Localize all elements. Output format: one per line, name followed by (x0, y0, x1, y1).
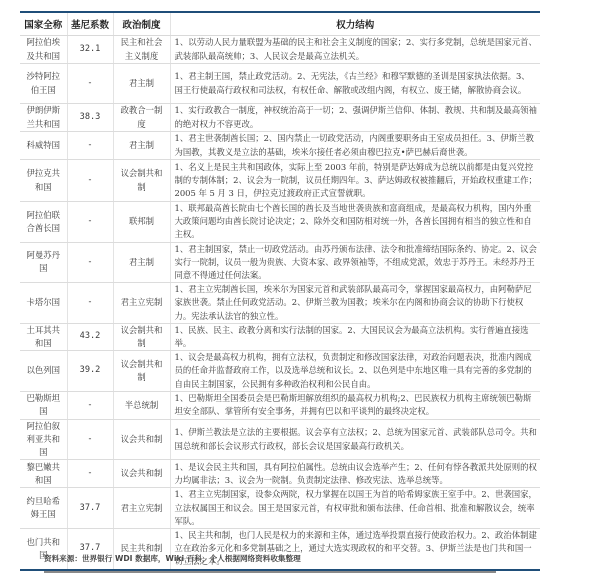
table-row: 黎巴嫩共和国-议会共和制1、是议会民主共和国，具有阿拉伯属性。总统由议会选举产生… (20, 460, 540, 488)
country-cell: 土耳其共和国 (20, 323, 67, 350)
gini-cell: - (67, 160, 113, 202)
gini-cell: - (67, 391, 113, 419)
system-cell: 君主立宪制 (113, 488, 170, 529)
table-row: 土耳其共和国43.2议会制共和制1、民族、民主、政教分离和实行法制的国家。2、大… (20, 323, 540, 350)
system-cell: 议会制共和制 (113, 351, 170, 392)
system-cell: 议会制共和制 (113, 323, 170, 350)
header-gini: 基尼系数 (67, 12, 113, 36)
table-row: 沙特阿拉伯王国-君主制1、君主制王国，禁止政党活动。2、无宪法，《古兰经》和穆罕… (20, 64, 540, 104)
table-row: 约旦哈希姆王国37.7君主立宪制1、君主立宪制国家，设参众两院，权力掌握在以国王… (20, 488, 540, 529)
gini-cell: - (67, 242, 113, 283)
structure-cell: 1、巴勒斯坦全国委员会是巴勒斯坦解放组织的最高权力机构;2、巴民族权力机构主席统… (170, 391, 540, 419)
country-cell: 阿曼苏丹国 (20, 242, 67, 283)
country-cell: 巴勒斯坦国 (20, 391, 67, 419)
country-cell: 阿拉伯埃及共和国 (20, 36, 67, 64)
system-cell: 联邦制 (113, 202, 170, 243)
table-row: 阿拉伯叙利亚共和国-议会共和制1、伊斯兰教法是立法的主要根据。议会享有立法权；2… (20, 419, 540, 460)
table-row: 伊朗伊斯兰共和国38.3政教合一制度1、实行政教合一制度，神权统治高于一切；2、… (20, 104, 540, 132)
table-container: 国家全称 基尼系数 政治制度 权力结构 阿拉伯埃及共和国32.1民主和社会主义制… (20, 11, 540, 571)
country-cell: 阿拉伯联合酋长国 (20, 202, 67, 243)
structure-cell: 1、君主世袭制酋长国；2、国内禁止一切政党活动，内阁重要职务由王室成员担任。3、… (170, 132, 540, 160)
gini-cell: - (67, 460, 113, 488)
gini-cell: 39.2 (67, 351, 113, 392)
country-cell: 阿拉伯叙利亚共和国 (20, 419, 67, 460)
structure-cell: 1、君主立宪制国家，设参众两院，权力掌握在以国王为首的哈希姆家族王室手中。2、世… (170, 488, 540, 529)
country-cell: 卡塔尔国 (20, 283, 67, 324)
gini-cell: - (67, 202, 113, 243)
table-row: 卡塔尔国-君主立宪制1、君主立宪制酋长国，埃米尔为国家元首和武装部队最高司令，掌… (20, 283, 540, 324)
country-cell: 科威特国 (20, 132, 67, 160)
system-cell: 议会共和制 (113, 460, 170, 488)
system-cell: 君主制 (113, 242, 170, 283)
gini-cell: - (67, 283, 113, 324)
table-row: 阿拉伯联合酋长国-联邦制1、联邦最高酋长院由七个酋长国的酋长及当地世袭贵族和富商… (20, 202, 540, 243)
structure-cell: 1、实行政教合一制度，神权统治高于一切；2、强调伊斯兰信仰、体制、教规、共和制及… (170, 104, 540, 132)
gini-cell: 32.1 (67, 36, 113, 64)
system-cell: 半总统制 (113, 391, 170, 419)
system-cell: 议会制共和制 (113, 160, 170, 202)
structure-cell: 1、君主立宪制酋长国，埃米尔为国家元首和武装部队最高司令，掌握国家最高权力，由阿… (170, 283, 540, 324)
table-row: 巴勒斯坦国-半总统制1、巴勒斯坦全国委员会是巴勒斯坦解放组织的最高权力机构;2、… (20, 391, 540, 419)
structure-cell: 1、以劳动人民力量联盟为基础的民主和社会主义制度的国家；2、实行多党制，总统是国… (170, 36, 540, 64)
table-row: 伊拉克共和国-议会制共和制1、名义上是民主共和国政体，实际上至 2003 年前，… (20, 160, 540, 202)
table-row: 以色列国39.2议会制共和制1、议会是最高权力机构，拥有立法权，负责制定和修改国… (20, 351, 540, 392)
header-country: 国家全称 (20, 12, 67, 36)
header-structure: 权力结构 (170, 12, 540, 36)
system-cell: 君主制 (113, 132, 170, 160)
gini-cell: - (67, 419, 113, 460)
structure-cell: 1、名义上是民主共和国政体，实际上至 2003 年前，特别是萨达姆成为总统以前都… (170, 160, 540, 202)
table-row: 科威特国-君主制1、君主世袭制酋长国；2、国内禁止一切政党活动，内阁重要职务由王… (20, 132, 540, 160)
structure-cell: 1、伊斯兰教法是立法的主要根据。议会享有立法权；2、总统为国家元首、武装部队总司… (170, 419, 540, 460)
structure-cell: 1、是议会民主共和国，具有阿拉伯属性。总统由议会选举产生；2、任何有悖各教派共处… (170, 460, 540, 488)
system-cell: 议会共和制 (113, 419, 170, 460)
gini-cell: 38.3 (67, 104, 113, 132)
table-row: 阿曼苏丹国-君主制1、君主制国家，禁止一切政党活动。由苏丹颁布法律、法令和批准缔… (20, 242, 540, 283)
country-cell: 沙特阿拉伯王国 (20, 64, 67, 104)
table-header-row: 国家全称 基尼系数 政治制度 权力结构 (20, 12, 540, 36)
country-politics-table: 国家全称 基尼系数 政治制度 权力结构 阿拉伯埃及共和国32.1民主和社会主义制… (20, 11, 540, 571)
country-cell: 黎巴嫩共和国 (20, 460, 67, 488)
structure-cell: 1、君主制王国，禁止政党活动。2、无宪法，《古兰经》和穆罕默德的圣训是国家执法依… (170, 64, 540, 104)
gini-cell: 43.2 (67, 323, 113, 350)
gini-cell: - (67, 64, 113, 104)
system-cell: 政教合一制度 (113, 104, 170, 132)
source-note: 资料来源：世界银行 WDI 数据库，Wiki 百科，个人根据网络资料收集整理 (44, 553, 301, 564)
footer-divider (44, 571, 496, 573)
structure-cell: 1、民族、民主、政教分离和实行法制的国家。2、大国民议会为最高立法机构。实行普遍… (170, 323, 540, 350)
header-system: 政治制度 (113, 12, 170, 36)
gini-cell: - (67, 132, 113, 160)
country-cell: 伊朗伊斯兰共和国 (20, 104, 67, 132)
gini-cell: 37.7 (67, 488, 113, 529)
country-cell: 伊拉克共和国 (20, 160, 67, 202)
table-row: 阿拉伯埃及共和国32.1民主和社会主义制度1、以劳动人民力量联盟为基础的民主和社… (20, 36, 540, 64)
country-cell: 约旦哈希姆王国 (20, 488, 67, 529)
system-cell: 君主立宪制 (113, 283, 170, 324)
structure-cell: 1、联邦最高酋长院由七个酋长国的酋长及当地世袭贵族和富商组成，是最高权力机构，国… (170, 202, 540, 243)
country-cell: 以色列国 (20, 351, 67, 392)
system-cell: 君主制 (113, 64, 170, 104)
structure-cell: 1、议会是最高权力机构，拥有立法权，负责制定和修改国家法律，对政治问题表决，批准… (170, 351, 540, 392)
system-cell: 民主和社会主义制度 (113, 36, 170, 64)
structure-cell: 1、君主制国家，禁止一切政党活动。由苏丹颁布法律、法令和批准缔结国际条约、协定。… (170, 242, 540, 283)
